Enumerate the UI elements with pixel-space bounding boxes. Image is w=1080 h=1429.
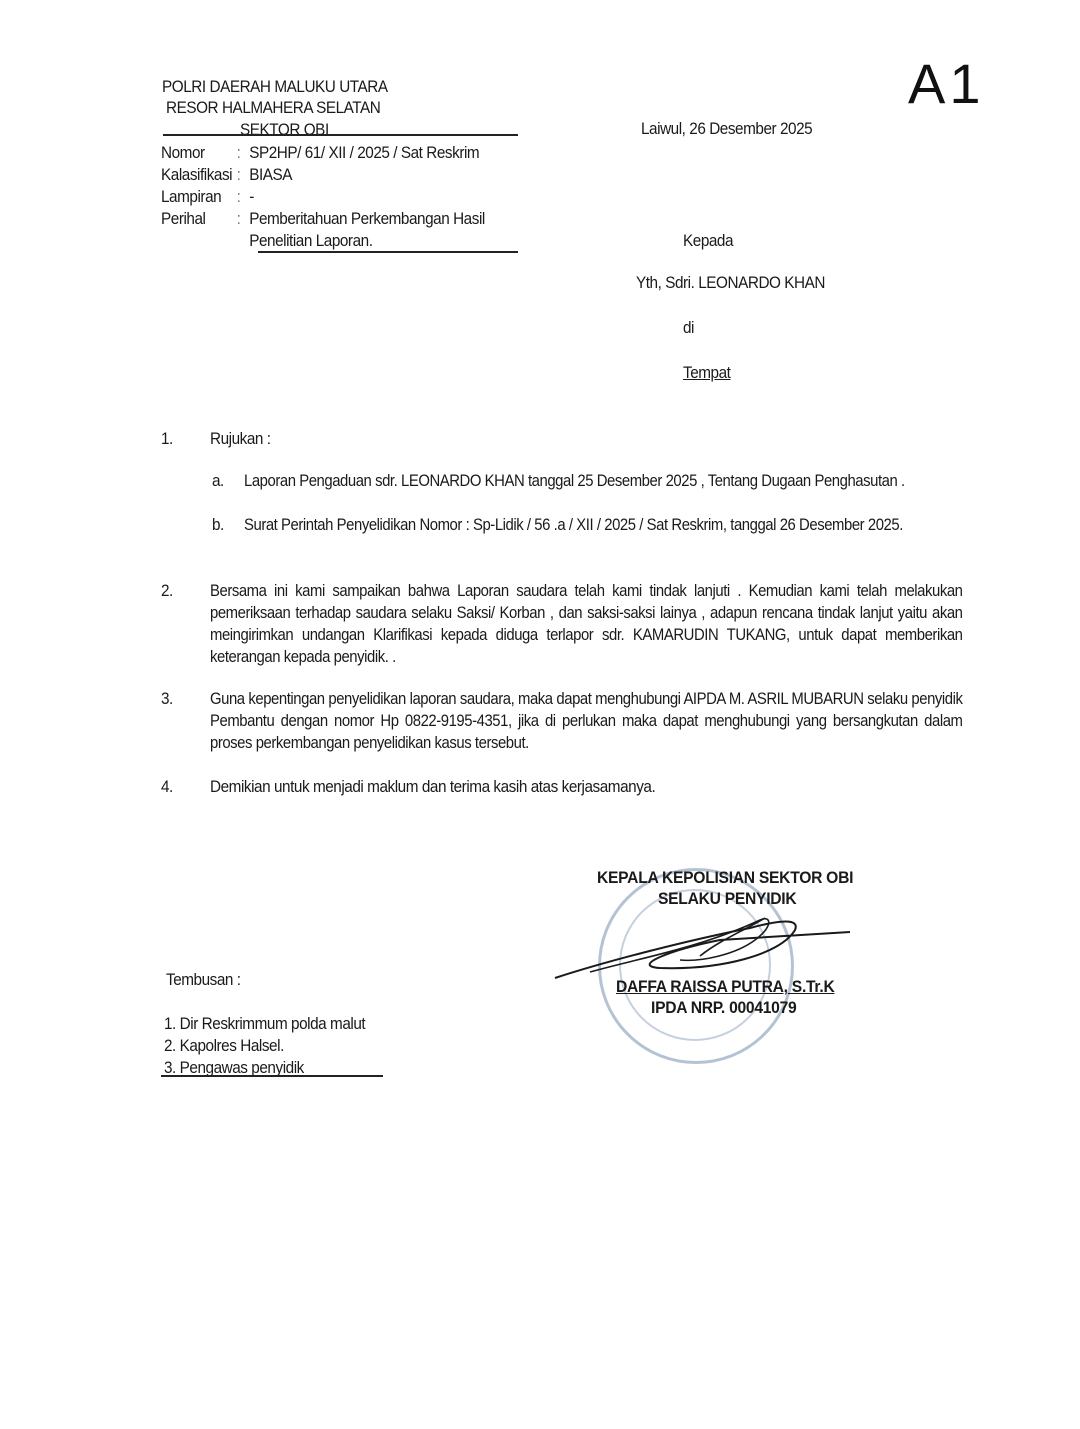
tembusan-item-1: 1. Dir Reskrimmum polda malut: [164, 1013, 365, 1035]
klasifikasi-label: Kalasifikasi: [161, 164, 232, 186]
item-1b-label: b.: [212, 514, 224, 536]
recipient-di: di: [683, 317, 694, 339]
lampiran-value: -: [249, 186, 254, 208]
item-1-number: 1.: [161, 428, 173, 450]
item-1a-label: a.: [212, 470, 224, 492]
tembusan-underline: [161, 1075, 383, 1077]
item-1a-text: Laporan Pengaduan sdr. LEONARDO KHAN tan…: [244, 470, 962, 492]
letterhead-divider: [163, 134, 518, 136]
nomor-colon: :: [237, 142, 241, 164]
recipient-tempat: Tempat: [683, 362, 730, 384]
recipient-kepada: Kepada: [683, 230, 733, 252]
item-4-text: Demikian untuk menjadi maklum dan terima…: [210, 776, 655, 798]
perihal-colon: :: [237, 208, 241, 230]
lampiran-label: Lampiran: [161, 186, 221, 208]
tembusan-item-2: 2. Kapolres Halsel.: [164, 1035, 284, 1057]
item-3-number: 3.: [161, 688, 173, 710]
letterhead-line3: SEKTOR OBI: [240, 119, 329, 141]
signature-title-line1: KEPALA KEPOLISIAN SEKTOR OBI: [597, 868, 853, 888]
item-4-number: 4.: [161, 776, 173, 798]
item-1b-text: Surat Perintah Penyelidikan Nomor : Sp-L…: [244, 514, 962, 536]
letterhead-line2: RESOR HALMAHERA SELATAN: [166, 97, 380, 119]
tembusan-label: Tembusan :: [166, 969, 241, 991]
item-2-text: Bersama ini kami sampaikan bahwa Laporan…: [210, 580, 963, 668]
klasifikasi-colon: :: [237, 164, 241, 186]
document-code: A1: [908, 52, 985, 116]
perihal-value-line1: Pemberitahuan Perkembangan Hasil: [249, 208, 485, 230]
perihal-label: Perihal: [161, 208, 205, 230]
perihal-value-line2: Penelitian Laporan.: [249, 230, 372, 252]
perihal-underline: [258, 251, 518, 253]
lampiran-colon: :: [237, 186, 241, 208]
item-2-number: 2.: [161, 580, 173, 602]
recipient-name: Yth, Sdri. LEONARDO KHAN: [636, 272, 825, 294]
signatory-rank-nrp: IPDA NRP. 00041079: [651, 998, 796, 1018]
signature-title-line2: SELAKU PENYIDIK: [658, 889, 796, 909]
letterhead-line1: POLRI DAERAH MALUKU UTARA: [162, 76, 388, 98]
klasifikasi-value: BIASA: [249, 164, 292, 186]
nomor-label: Nomor: [161, 142, 205, 164]
item-1-text: Rujukan :: [210, 428, 271, 450]
place-date: Laiwul, 26 Desember 2025: [641, 118, 812, 140]
nomor-value: SP2HP/ 61/ XII / 2025 / Sat Reskrim: [249, 142, 479, 164]
item-3-text: Guna kepentingan penyelidikan laporan sa…: [210, 688, 963, 754]
signatory-name: DAFFA RAISSA PUTRA, S.Tr.K: [616, 977, 834, 997]
